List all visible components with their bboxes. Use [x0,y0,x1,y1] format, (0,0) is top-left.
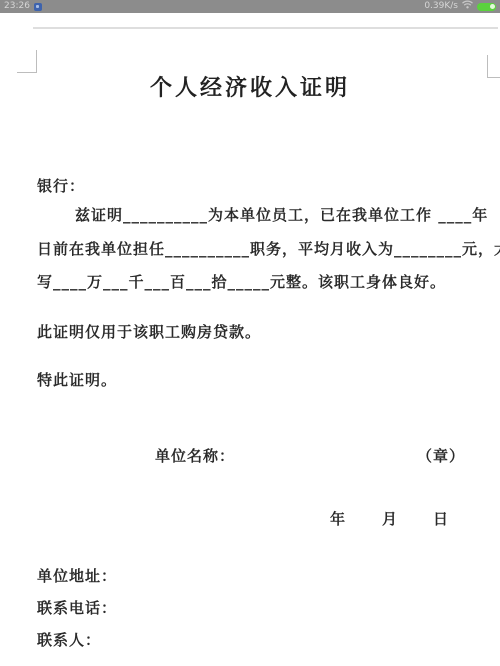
status-bar-left: 23:26 [4,0,42,13]
clock: 23:26 [4,0,30,13]
app-notification-icon [34,3,42,11]
body-line-1: 兹证明__________为本单位员工，已在我单位工作 ____年 [37,204,480,225]
body-line-3: 写____万___千___百___拾_____元整。该职工身体良好。 [37,271,480,292]
seal-label: （章） [417,445,465,466]
purpose-line: 此证明仅用于该职工购房贷款。 [37,321,480,342]
network-speed: 0.39K/s [424,0,458,13]
margin-mark-top-left [17,50,37,73]
closing-line: 特此证明。 [37,369,480,390]
body-line-2: 日前在我单位担任__________职务，平均月收入为________元，大 [37,238,480,259]
unit-address-label: 单位地址： [37,565,480,586]
contact-person-label: 联系人： [37,629,480,650]
page-top-edge-line [33,27,498,29]
battery-icon [477,3,496,11]
wifi-icon [462,0,473,14]
salutation-line: 银行： [37,175,480,196]
status-bar-right: 0.39K/s [424,0,496,14]
unit-name-label: 单位名称： [155,445,235,466]
date-month-label: 月 [382,508,398,529]
date-year-label: 年 [330,508,346,529]
phone-screenshot-root: 23:26 0.39K/s 个人经济收入证明 银行： 兹证明__________… [0,0,500,666]
document-page[interactable]: 个人经济收入证明 银行： 兹证明__________为本单位员工，已在我单位工作… [0,13,500,666]
document-title: 个人经济收入证明 [0,71,500,102]
contact-phone-label: 联系电话： [37,597,480,618]
battery-knob [490,4,495,9]
status-bar: 23:26 0.39K/s [0,0,500,13]
date-day-label: 日 [433,508,449,529]
